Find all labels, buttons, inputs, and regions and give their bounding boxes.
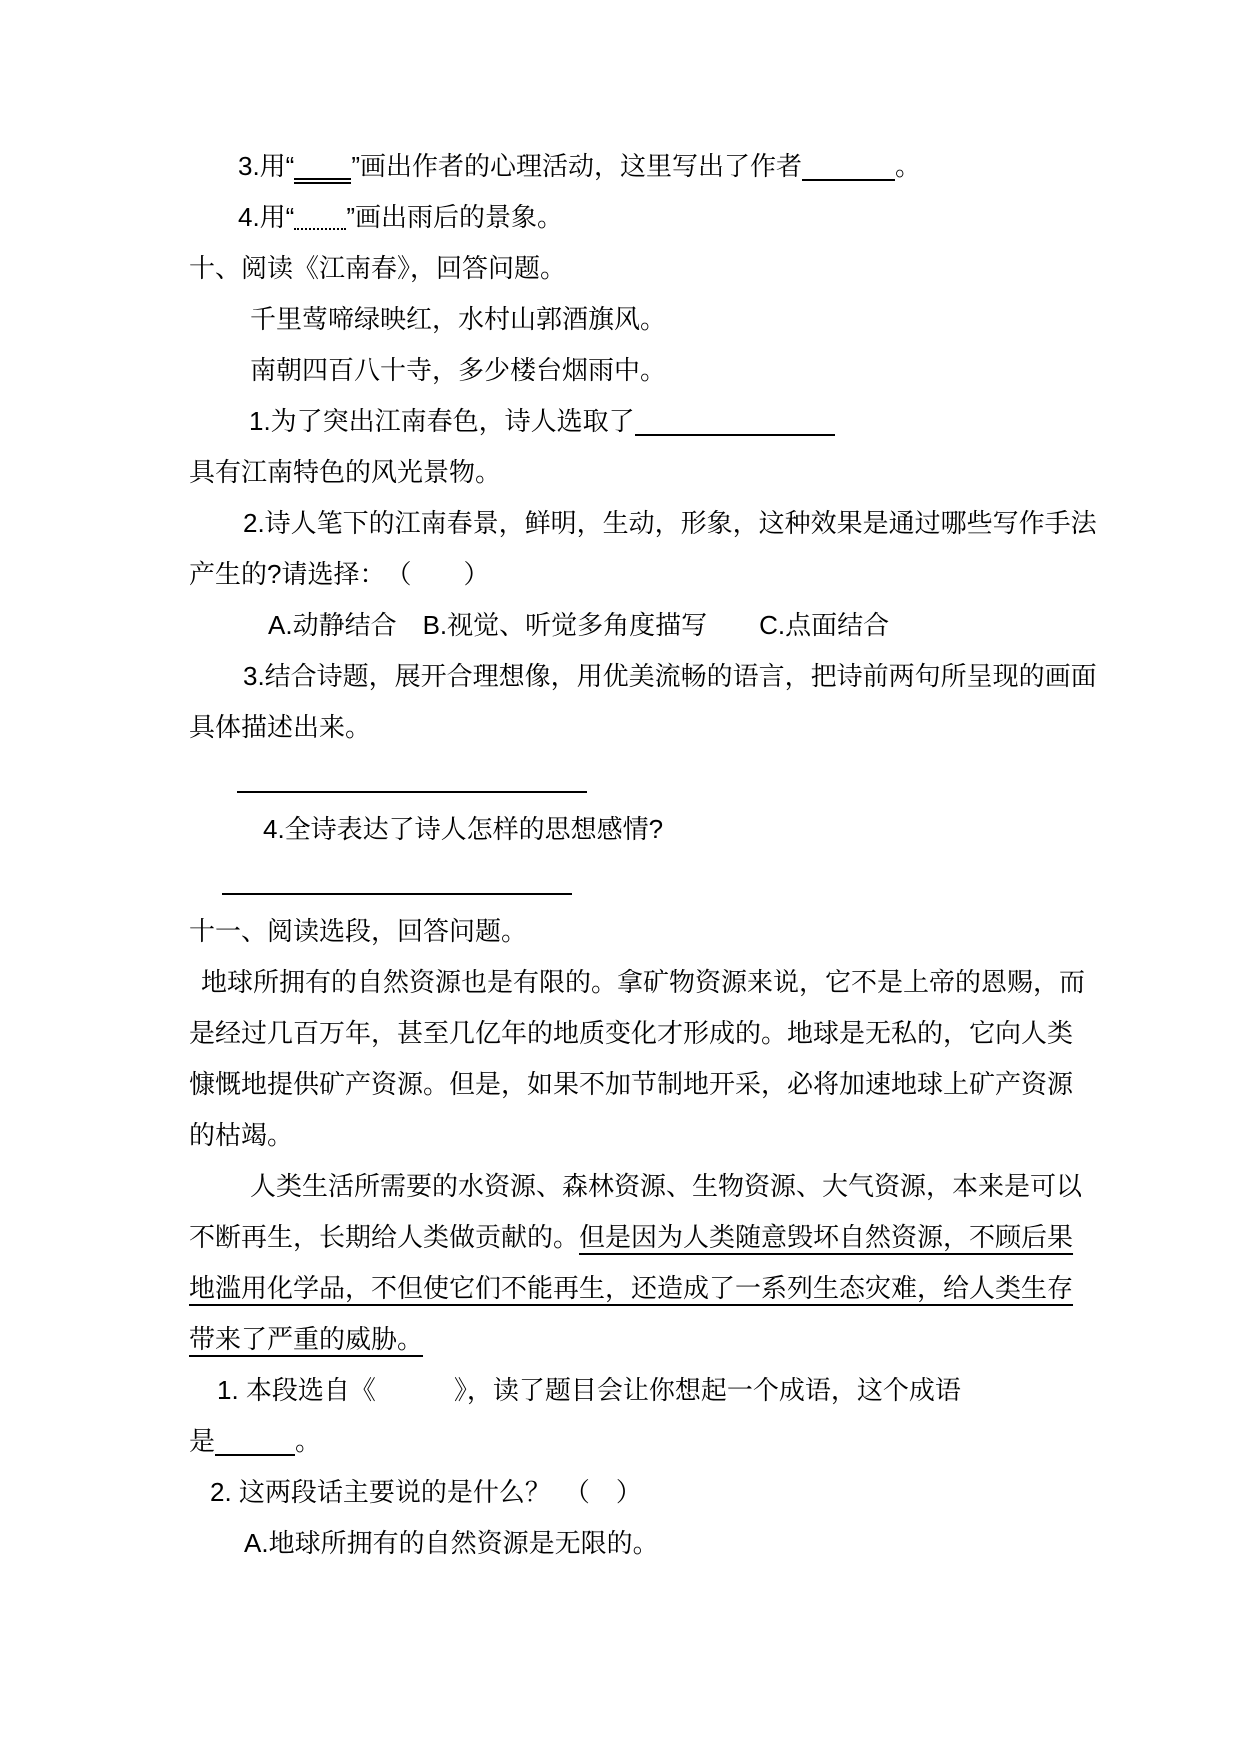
question-text: 2. 这两段话主要说的是什么？ （ ） bbox=[210, 1477, 642, 1507]
question-text: 具体描述出来。 bbox=[189, 712, 371, 742]
question-text: ”画出雨后的景象。 bbox=[346, 202, 563, 232]
question-text: 2.诗人笔下的江南春景，鲜明，生动，形象，这种效果是通过哪些写作手法 bbox=[243, 508, 1097, 538]
s10-question-4-line: 4.全诗表达了诗人怎样的思想感情? bbox=[189, 804, 1191, 855]
question-text: 3.结合诗题，展开合理想像，用优美流畅的语言，把诗前两句所呈现的画面 bbox=[243, 661, 1097, 691]
worksheet-page: 3.用“”画出作者的心理活动，这里写出了作者。 4.用“”画出雨后的景象。 十、… bbox=[0, 0, 1241, 1754]
section-title: 十、阅读《江南春》，回答问题。 bbox=[189, 253, 566, 283]
section-title: 十一、阅读选段，回答问题。 bbox=[189, 916, 527, 946]
poem-text: 千里莺啼绿映红，水村山郭酒旗风。 bbox=[250, 304, 666, 334]
s11-passage-para1-line1: 地球所拥有的自然资源也是有限的。拿矿物资源来说，它不是上帝的恩赐，而 bbox=[189, 957, 1191, 1008]
s11-passage-para2-line2: 不断再生，长期给人类做贡献的。但是因为人类随意毁坏自然资源，不顾后果 bbox=[189, 1212, 1191, 1263]
s11-passage-para1-line3: 慷慨地提供矿产资源。但是，如果不加节制地开采，必将加速地球上矿产资源 bbox=[189, 1059, 1191, 1110]
poem-line-2: 南朝四百八十寺，多少楼台烟雨中。 bbox=[189, 345, 1191, 396]
question-text: ”画出作者的心理活动，这里写出了作者 bbox=[351, 151, 802, 181]
s11-passage-para1-line2: 是经过几百万年，甚至几亿年的地质变化才形成的。地球是无私的，它向人类 bbox=[189, 1008, 1191, 1059]
question-text: 4.全诗表达了诗人怎样的思想感情? bbox=[263, 814, 663, 844]
passage-text: 的枯竭。 bbox=[189, 1120, 293, 1150]
s11-passage-para2-line3: 地滥用化学品，不但使它们不能再生，还造成了一系列生态灾难，给人类生存 bbox=[189, 1263, 1191, 1314]
answer-blank bbox=[215, 1454, 295, 1456]
s10-question-1-continuation: 具有江南特色的风光景物。 bbox=[189, 447, 1191, 498]
prev-question-3-line: 3.用“”画出作者的心理活动，这里写出了作者。 bbox=[189, 141, 1191, 192]
passage-text: 不断再生，长期给人类做贡献的。 bbox=[189, 1222, 579, 1252]
s11-question-2-line: 2. 这两段话主要说的是什么？ （ ） bbox=[189, 1467, 1191, 1518]
answer-blank-double-line bbox=[294, 178, 351, 184]
s11-question-1-line-1: 1. 本段选自《 》，读了题目会让你想起一个成语，这个成语 bbox=[189, 1365, 1191, 1416]
s10-question-2-options: A.动静结合 B.视觉、听觉多角度描写 C.点面结合 bbox=[189, 600, 1191, 651]
s11-passage-para2-line1: 人类生活所需要的水资源、森林资源、生物资源、大气资源，本来是可以 bbox=[189, 1161, 1191, 1212]
passage-text: 人类生活所需要的水资源、森林资源、生物资源、大气资源，本来是可以 bbox=[250, 1171, 1082, 1201]
s10-question-2-line-2: 产生的?请选择： （ ） bbox=[189, 549, 1191, 600]
answer-blank bbox=[802, 179, 895, 181]
answer-line-2 bbox=[189, 855, 1191, 906]
question-text: 是 bbox=[189, 1426, 215, 1456]
underlined-passage-text: 带来了严重的威胁。 bbox=[189, 1324, 423, 1354]
answer-blank bbox=[635, 434, 835, 436]
s10-question-3-line-2: 具体描述出来。 bbox=[189, 702, 1191, 753]
question-text: 3.用“ bbox=[238, 151, 294, 181]
question-text: 。 bbox=[295, 1426, 321, 1456]
s10-question-1-line: 1.为了突出江南春色，诗人选取了 bbox=[189, 396, 1191, 447]
answer-line-1 bbox=[189, 753, 1191, 804]
option-list-text: A.动静结合 B.视觉、听觉多角度描写 C.点面结合 bbox=[268, 610, 889, 640]
question-text: 4.用“ bbox=[238, 202, 294, 232]
s10-question-2-line-1: 2.诗人笔下的江南春景，鲜明，生动，形象，这种效果是通过哪些写作手法 bbox=[189, 498, 1191, 549]
answer-blank-long bbox=[222, 893, 572, 895]
question-text: 。 bbox=[895, 151, 921, 181]
option-text: A.地球所拥有的自然资源是无限的。 bbox=[244, 1528, 659, 1558]
underlined-passage-text: 但是因为人类随意毁坏自然资源，不顾后果 bbox=[579, 1222, 1073, 1252]
s11-question-2-option-a: A.地球所拥有的自然资源是无限的。 bbox=[189, 1518, 1191, 1569]
s11-passage-para1-line4: 的枯竭。 bbox=[189, 1110, 1191, 1161]
question-text: 1. 本段选自《 》，读了题目会让你想起一个成语，这个成语 bbox=[217, 1375, 961, 1405]
worksheet-content: 3.用“”画出作者的心理活动，这里写出了作者。 4.用“”画出雨后的景象。 十、… bbox=[0, 0, 1241, 1569]
section-10-heading: 十、阅读《江南春》，回答问题。 bbox=[189, 243, 1191, 294]
question-text: 1.为了突出江南春色，诗人选取了 bbox=[249, 406, 635, 436]
passage-text: 是经过几百万年，甚至几亿年的地质变化才形成的。地球是无私的，它向人类 bbox=[189, 1018, 1073, 1048]
s11-passage-para2-line4: 带来了严重的威胁。 bbox=[189, 1314, 1191, 1365]
s10-question-3-line-1: 3.结合诗题，展开合理想像，用优美流畅的语言，把诗前两句所呈现的画面 bbox=[189, 651, 1191, 702]
answer-blank-long bbox=[237, 791, 587, 793]
underlined-passage-text: 地滥用化学品，不但使它们不能再生，还造成了一系列生态灾难，给人类生存 bbox=[189, 1273, 1073, 1303]
poem-text: 南朝四百八十寺，多少楼台烟雨中。 bbox=[250, 355, 666, 385]
question-text: 产生的?请选择： （ ） bbox=[189, 559, 489, 589]
prev-question-4-line: 4.用“”画出雨后的景象。 bbox=[189, 192, 1191, 243]
passage-text: 慷慨地提供矿产资源。但是，如果不加节制地开采，必将加速地球上矿产资源 bbox=[189, 1069, 1073, 1099]
question-text: 具有江南特色的风光景物。 bbox=[189, 457, 501, 487]
s11-question-1-line-2: 是。 bbox=[189, 1416, 1191, 1467]
answer-blank-dotted-line bbox=[294, 228, 346, 230]
passage-text: 地球所拥有的自然资源也是有限的。拿矿物资源来说，它不是上帝的恩赐，而 bbox=[201, 967, 1085, 997]
poem-line-1: 千里莺啼绿映红，水村山郭酒旗风。 bbox=[189, 294, 1191, 345]
section-11-heading: 十一、阅读选段，回答问题。 bbox=[189, 906, 1191, 957]
